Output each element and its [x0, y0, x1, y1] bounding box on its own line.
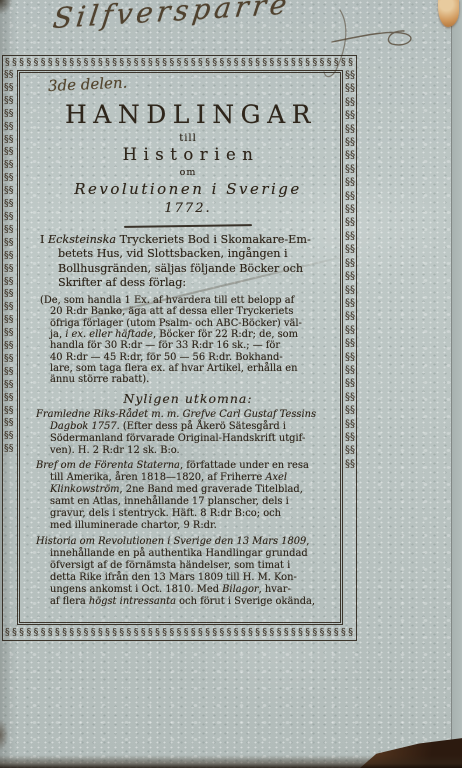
handwritten-volume-note: 3de delen. [48, 71, 189, 95]
page-edge [451, 0, 462, 768]
photo-background: Silfversparre §§§§§§§§§§§§§§§§§§§§§§§§§§… [0, 0, 462, 768]
title-year: 1772. [40, 201, 336, 216]
section-mark-border-right: §§§§§§§§§§§§§§§§§§§§§§§§§§§§§§§§§§§§§§§§… [345, 69, 355, 627]
section-mark-border-top: §§§§§§§§§§§§§§§§§§§§§§§§§§§§§§§§§§§§§§§§… [5, 56, 354, 70]
title-subject: Historien [40, 145, 336, 164]
title-subtitle: Revolutionen i Sverige [40, 180, 336, 198]
catalog-item: Historia om Revolutionen i Sverige den 1… [36, 536, 336, 609]
main-title: HANDLINGAR [40, 100, 336, 129]
bookshop-intro-paragraph: I Ecksteinska Tryckeriets Bod i Skomakar… [40, 233, 336, 290]
inner-rule-box: 3de delen. HANDLINGAR till Historien om … [17, 70, 343, 625]
section-mark-border-bottom: §§§§§§§§§§§§§§§§§§§§§§§§§§§§§§§§§§§§§§§§… [5, 625, 354, 640]
catalog-item: Framledne Riks-Rådet m. m. Grefve Carl G… [36, 409, 336, 457]
page-bottom-shadow [0, 755, 462, 768]
title-divider-rule [124, 224, 252, 228]
catalog-item: Bref om de Förenta Staterna, författade … [36, 460, 336, 533]
corner-stain-bottom-left [0, 720, 8, 750]
title-connector-till: till [40, 133, 336, 144]
corner-stain-top-left [0, 0, 12, 14]
ornamental-border-frame: §§§§§§§§§§§§§§§§§§§§§§§§§§§§§§§§§§§§§§§§… [2, 55, 357, 641]
catalog-heading: Nyligen utkomna: [40, 391, 336, 406]
title-connector-om: om [40, 167, 336, 178]
section-mark-border-left: §§§§§§§§§§§§§§§§§§§§§§§§§§§§§§§§§§§§§§§§… [4, 69, 14, 627]
discount-note-paragraph: (De, som handla 1 Ex. af hvardera till e… [40, 295, 336, 385]
